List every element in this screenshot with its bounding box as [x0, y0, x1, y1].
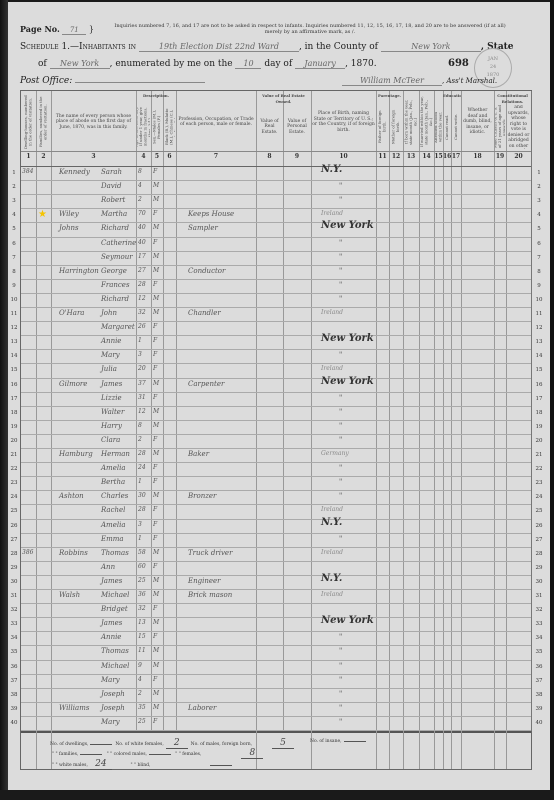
column-number-20: 20 — [506, 153, 531, 160]
person-age: 25 — [138, 718, 146, 725]
column-divider — [51, 91, 52, 731]
real-estate-group-header: Value of Real Estate Owned. — [256, 93, 311, 103]
row-divider — [21, 589, 531, 590]
line-number-left: 15 — [8, 367, 20, 373]
person-given-name: Sarah — [101, 168, 122, 176]
post-office-line: Post Office: — [20, 76, 205, 86]
person-given-name: Richard — [101, 224, 129, 232]
person-birthplace: " — [339, 196, 342, 204]
person-age: 26 — [138, 323, 146, 330]
line-number-left: 29 — [8, 565, 20, 571]
line-number-right: 34 — [533, 635, 545, 641]
person-birthplace: " — [339, 408, 342, 416]
line-number-right: 27 — [533, 537, 545, 543]
person-sex: F — [153, 676, 157, 683]
line-number-right: 3 — [533, 198, 545, 204]
person-sex: M — [153, 647, 159, 654]
column-header-10: Place of Birth, naming State or Territor… — [312, 95, 375, 149]
person-given-name: Catherine — [101, 239, 136, 247]
person-sex: M — [153, 253, 159, 260]
person-birthplace: " — [339, 351, 342, 359]
person-birthplace: New York — [321, 220, 374, 231]
person-sex: M — [153, 619, 159, 626]
foreign-males-label: No. of males, foreign born, — [191, 742, 252, 747]
person-occupation: Truck driver — [188, 549, 232, 557]
footer-row-3: " " white males,24 " " blind, — [52, 759, 232, 770]
person-age: 28 — [138, 450, 146, 457]
column-divider — [256, 91, 257, 731]
line-number-left: 4 — [8, 212, 20, 218]
line-number-left: 32 — [8, 607, 20, 613]
person-age: 28 — [138, 281, 146, 288]
line-number-right: 20 — [533, 438, 545, 444]
person-age: 2 — [138, 196, 142, 203]
right-margin-divider — [531, 91, 532, 731]
person-given-name: Bridget — [101, 605, 128, 613]
line-number-left: 23 — [8, 480, 20, 486]
line-number-left: 39 — [8, 706, 20, 712]
row-divider — [21, 716, 531, 717]
person-given-name: Seymour — [101, 253, 133, 261]
person-given-name: Emma — [101, 535, 124, 543]
person-age: 4 — [138, 182, 142, 189]
line-number-right: 5 — [533, 226, 545, 232]
person-given-name: Joseph — [101, 690, 125, 698]
person-age: 30 — [138, 492, 146, 499]
insane-count — [344, 741, 366, 742]
person-birthplace: New York — [321, 333, 374, 344]
person-age: 24 — [138, 464, 146, 471]
person-given-name: Lizzie — [101, 394, 122, 402]
enumerated-label: , enumerated by me on the — [110, 59, 233, 69]
line-number-left: 30 — [8, 579, 20, 585]
person-given-name: Rachel — [101, 506, 125, 514]
line-number-right: 12 — [533, 325, 545, 331]
person-given-name: Mary — [101, 718, 120, 726]
column-header-15: Attended school within the year. — [435, 105, 442, 149]
line-number-right: 29 — [533, 565, 545, 571]
person-age: 11 — [138, 647, 146, 654]
person-given-name: Herman — [101, 450, 130, 458]
person-surname: Johns — [59, 224, 79, 232]
person-birthplace: Ireland — [321, 309, 343, 316]
line-number-left: 38 — [8, 692, 20, 698]
line-number-right: 35 — [533, 649, 545, 655]
column-header-4: Age at last birth-day. If under 1 year, … — [137, 105, 150, 149]
footer-row-2: " " families, " " colored males, " " fem… — [52, 748, 263, 759]
person-age: 60 — [138, 563, 146, 570]
person-age: 15 — [138, 633, 146, 640]
person-sex: F — [153, 478, 157, 485]
person-birthplace: Ireland — [321, 210, 343, 217]
person-age: 1 — [138, 535, 142, 542]
person-birthplace: " — [339, 394, 342, 402]
dwelling-number: 386 — [22, 549, 33, 556]
row-divider — [21, 575, 531, 576]
foreign-females-label: " " females, — [175, 752, 201, 757]
person-sex: F — [153, 168, 157, 175]
column-header-9: Value of Personal Estate. — [284, 105, 310, 149]
row-divider — [21, 519, 531, 520]
person-sex: F — [153, 394, 157, 401]
person-given-name: Martha — [101, 210, 127, 218]
person-age: 13 — [138, 619, 146, 626]
footer-column-divider — [36, 731, 37, 769]
person-birthplace: New York — [321, 615, 374, 626]
row-divider — [21, 660, 531, 661]
schedule-line: Schedule 1.—Inhabitants in 19th Election… — [20, 42, 514, 52]
column-header-1: Dwelling-houses, numbered in the order o… — [22, 95, 35, 149]
person-age: 9 — [138, 662, 142, 669]
person-given-name: Walter — [101, 408, 124, 416]
person-birthplace: " — [339, 718, 342, 726]
person-given-name: James — [101, 619, 122, 627]
line-number-right: 8 — [533, 269, 545, 275]
person-sex: F — [153, 506, 157, 513]
person-sex: F — [153, 351, 157, 358]
county-label: , in the County of — [299, 42, 378, 52]
parentage-group-header: Parentage. — [376, 93, 403, 103]
person-sex: M — [153, 690, 159, 697]
person-age: 1 — [138, 337, 142, 344]
column-divider — [494, 91, 495, 731]
line-number-right: 11 — [533, 311, 545, 317]
row-divider — [21, 208, 531, 209]
column-divider — [376, 91, 377, 731]
column-number-13: 13 — [403, 153, 419, 160]
census-table: Description.Value of Real Estate Owned.P… — [20, 90, 532, 770]
line-number-right: 19 — [533, 424, 545, 430]
column-divider — [389, 91, 390, 731]
person-sex: M — [153, 549, 159, 556]
person-sex: F — [153, 337, 157, 344]
column-divider — [403, 91, 404, 731]
column-number-16: 16 — [443, 153, 451, 160]
row-divider — [21, 448, 531, 449]
line-number-left: 5 — [8, 226, 20, 232]
row-divider — [21, 504, 531, 505]
person-birthplace: " — [339, 492, 342, 500]
white-males-label: " " white males, — [52, 763, 88, 768]
person-surname: Gilmore — [59, 380, 87, 388]
person-sex: M — [153, 408, 159, 415]
person-sex: F — [153, 563, 157, 570]
page-number: 71 — [62, 26, 86, 35]
person-sex: M — [153, 662, 159, 669]
person-sex: F — [153, 239, 157, 246]
person-age: 28 — [138, 506, 146, 513]
person-sex: F — [153, 521, 157, 528]
line-number-left: 20 — [8, 438, 20, 444]
person-given-name: Margaret — [101, 323, 135, 331]
person-given-name: Joseph — [101, 704, 125, 712]
line-number-left: 1 — [8, 170, 20, 176]
line-number-right: 39 — [533, 706, 545, 712]
enumeration-month: January — [295, 59, 345, 69]
person-age: 1 — [138, 478, 142, 485]
person-sex: F — [153, 323, 157, 330]
families-label: " " families, — [52, 752, 78, 757]
person-given-name: Robert — [101, 196, 125, 204]
person-sex: F — [153, 535, 157, 542]
line-number-right: 14 — [533, 353, 545, 359]
highlight-star-icon: ★ — [38, 209, 47, 220]
column-number-10: 10 — [311, 153, 376, 160]
row-divider — [21, 251, 531, 252]
column-divider — [461, 91, 462, 731]
person-sex: M — [153, 196, 159, 203]
footer-column-divider — [494, 731, 495, 769]
inquiries-note: Inquiries numbered 7, 16, and 17 are not… — [110, 23, 510, 35]
column-number-2: 2 — [36, 153, 51, 160]
person-age: 4 — [138, 676, 142, 683]
column-number-3: 3 — [51, 153, 136, 160]
footer-column-divider — [403, 731, 404, 769]
footer-column-divider — [376, 731, 377, 769]
column-number-14: 14 — [419, 153, 434, 160]
row-divider — [21, 194, 531, 195]
line-number-right: 24 — [533, 494, 545, 500]
column-divider — [451, 91, 452, 731]
column-number-1: 1 — [21, 153, 36, 160]
person-age: 12 — [138, 295, 146, 302]
person-surname: Walsh — [59, 591, 80, 599]
row-divider — [21, 406, 531, 407]
column-header-6: Color.—White (W.), Black (B.), Mulatto (… — [164, 105, 175, 149]
person-birthplace: " — [339, 464, 342, 472]
line-number-left: 19 — [8, 424, 20, 430]
table-footer-divider — [21, 731, 531, 733]
person-sex: M — [153, 492, 159, 499]
person-birthplace: N.Y. — [321, 517, 342, 528]
person-occupation: Conductor — [188, 267, 225, 275]
person-occupation: Engineer — [188, 577, 220, 585]
column-number-7: 7 — [176, 153, 256, 160]
line-number-left: 31 — [8, 593, 20, 599]
person-birthplace: " — [339, 647, 342, 655]
person-sex: F — [153, 281, 157, 288]
person-birthplace: New York — [321, 376, 374, 387]
person-birthplace: Ireland — [321, 549, 343, 556]
person-given-name: Annie — [101, 337, 121, 345]
person-sex: M — [153, 295, 159, 302]
line-number-right: 37 — [533, 678, 545, 684]
line-number-left: 7 — [8, 255, 20, 261]
line-number-left: 2 — [8, 184, 20, 190]
footer-column-divider — [451, 731, 452, 769]
row-divider — [21, 490, 531, 491]
column-number-9: 9 — [283, 153, 311, 160]
column-header-18: Whether deaf and dumb, blind, insane, or… — [462, 95, 493, 149]
person-birthplace: " — [339, 633, 342, 641]
description-group-header: Description. — [136, 93, 176, 103]
column-number-5: 5 — [151, 153, 163, 160]
line-number-right: 23 — [533, 480, 545, 486]
person-surname: Williams — [59, 704, 89, 712]
footer-column-divider — [419, 731, 420, 769]
district: 19th Election Dist 22nd Ward — [139, 42, 299, 52]
person-age: 27 — [138, 267, 146, 274]
column-number-18: 18 — [461, 153, 494, 160]
column-header-17: Cannot write. — [452, 105, 460, 149]
column-divider — [419, 91, 420, 731]
line-number-left: 37 — [8, 678, 20, 684]
enumeration-day: 10 — [235, 59, 261, 69]
person-surname: Wiley — [59, 210, 79, 218]
person-surname: Hamburg — [59, 450, 93, 458]
footer-column-divider — [443, 731, 444, 769]
dwellings-label: No. of dwellings, — [50, 742, 88, 747]
post-office-label: Post Office: — [20, 76, 72, 86]
line-number-left: 35 — [8, 649, 20, 655]
dwelling-number: 384 — [22, 168, 33, 175]
column-divider — [443, 91, 444, 731]
line-number-right: 4 — [533, 212, 545, 218]
person-occupation: Keeps House — [188, 210, 234, 218]
person-sex: M — [153, 182, 159, 189]
column-header-11: Father of foreign birth. — [377, 105, 388, 149]
person-birthplace: " — [339, 182, 342, 190]
line-number-right: 6 — [533, 241, 545, 247]
column-number-11: 11 — [376, 153, 389, 160]
person-age: 37 — [138, 380, 146, 387]
person-birthplace: " — [339, 690, 342, 698]
line-number-left: 13 — [8, 339, 20, 345]
person-age: 12 — [138, 408, 146, 415]
person-sex: M — [153, 450, 159, 457]
person-given-name: George — [101, 267, 127, 275]
line-number-left: 26 — [8, 523, 20, 529]
line-number-left: 21 — [8, 452, 20, 458]
person-sex: F — [153, 464, 157, 471]
person-given-name: Charles — [101, 492, 128, 500]
row-divider — [21, 702, 531, 703]
blind-label: " " blind, — [131, 763, 151, 768]
post-office — [75, 82, 205, 83]
person-age: 3 — [138, 521, 142, 528]
row-divider — [21, 645, 531, 646]
person-given-name: Mary — [101, 351, 120, 359]
dwellings-count — [90, 744, 112, 745]
county: New York — [381, 42, 481, 52]
line-number-right: 36 — [533, 664, 545, 670]
row-divider — [21, 279, 531, 280]
column-number-12: 12 — [389, 153, 403, 160]
foreign-females-count: 8 — [241, 748, 263, 759]
person-given-name: Thomas — [101, 647, 129, 655]
row-divider — [21, 392, 531, 393]
person-sex: M — [153, 704, 159, 711]
scan-left-edge — [0, 0, 8, 800]
row-divider — [21, 321, 531, 322]
line-number-left: 14 — [8, 353, 20, 359]
footer-column-divider — [434, 731, 435, 769]
column-divider — [151, 91, 152, 731]
column-number-8: 8 — [256, 153, 283, 160]
person-age: 36 — [138, 591, 146, 598]
line-number-left: 33 — [8, 621, 20, 627]
column-divider — [434, 91, 435, 731]
stamp-month: JAN — [475, 55, 511, 63]
person-given-name: Richard — [101, 295, 129, 303]
person-birthplace: " — [339, 662, 342, 670]
row-divider — [21, 363, 531, 364]
line-number-right: 22 — [533, 466, 545, 472]
line-number-right: 21 — [533, 452, 545, 458]
white-females-label: No. of white females, — [115, 742, 163, 747]
column-divider — [36, 91, 37, 731]
footer-column-divider — [311, 731, 312, 769]
person-sex: M — [153, 309, 159, 316]
day-of-label: day of — [264, 59, 292, 69]
person-age: 70 — [138, 210, 146, 217]
footer-column-divider — [506, 731, 507, 769]
person-sex: F — [153, 210, 157, 217]
person-birthplace: " — [339, 267, 342, 275]
line-number-left: 17 — [8, 396, 20, 402]
column-divider — [506, 91, 507, 731]
person-birthplace: " — [339, 436, 342, 444]
person-birthplace: " — [339, 281, 342, 289]
person-age: 2 — [138, 436, 142, 443]
constitutional-group-header: Constitutional Relations. — [494, 93, 531, 103]
person-age: 8 — [138, 168, 142, 175]
line-number-right: 33 — [533, 621, 545, 627]
row-divider — [21, 222, 531, 223]
person-given-name: Amelia — [101, 464, 126, 472]
row-divider — [21, 476, 531, 477]
line-number-left: 22 — [8, 466, 20, 472]
scan-right-edge — [550, 0, 554, 800]
colored-males-label: " " colored males, — [107, 752, 147, 757]
stamp-number: 698 — [448, 58, 469, 69]
row-divider — [21, 561, 531, 562]
person-birthplace: " — [339, 422, 342, 430]
person-occupation: Baker — [188, 450, 209, 458]
row-divider — [21, 180, 531, 181]
person-birthplace: Ireland — [321, 365, 343, 372]
column-number-19: 19 — [494, 153, 506, 160]
column-header-3: The name of every person whose place of … — [52, 95, 135, 149]
person-sex: F — [153, 718, 157, 725]
row-divider — [21, 349, 531, 350]
person-sex: F — [153, 436, 157, 443]
row-divider — [21, 293, 531, 294]
person-age: 8 — [138, 422, 142, 429]
foreign-males-count: 5 — [272, 738, 294, 749]
stamp-day: 24 — [475, 63, 511, 71]
row-divider — [21, 462, 531, 463]
person-birthplace: Germany — [321, 450, 349, 457]
line-number-left: 40 — [8, 720, 20, 726]
scan-bottom-edge — [0, 790, 554, 800]
line-number-right: 9 — [533, 283, 545, 289]
person-given-name: David — [101, 182, 121, 190]
person-sex: M — [153, 224, 159, 231]
person-age: 20 — [138, 365, 146, 372]
line-number-left: 6 — [8, 241, 20, 247]
person-given-name: Ann — [101, 563, 115, 571]
column-number-4: 4 — [136, 153, 151, 160]
person-age: 2 — [138, 690, 142, 697]
person-occupation: Chandler — [188, 309, 221, 317]
row-divider — [21, 631, 531, 632]
person-surname: Kennedy — [59, 168, 90, 176]
line-number-right: 32 — [533, 607, 545, 613]
person-birthplace: " — [339, 478, 342, 486]
row-divider — [21, 547, 531, 548]
row-divider — [21, 335, 531, 336]
